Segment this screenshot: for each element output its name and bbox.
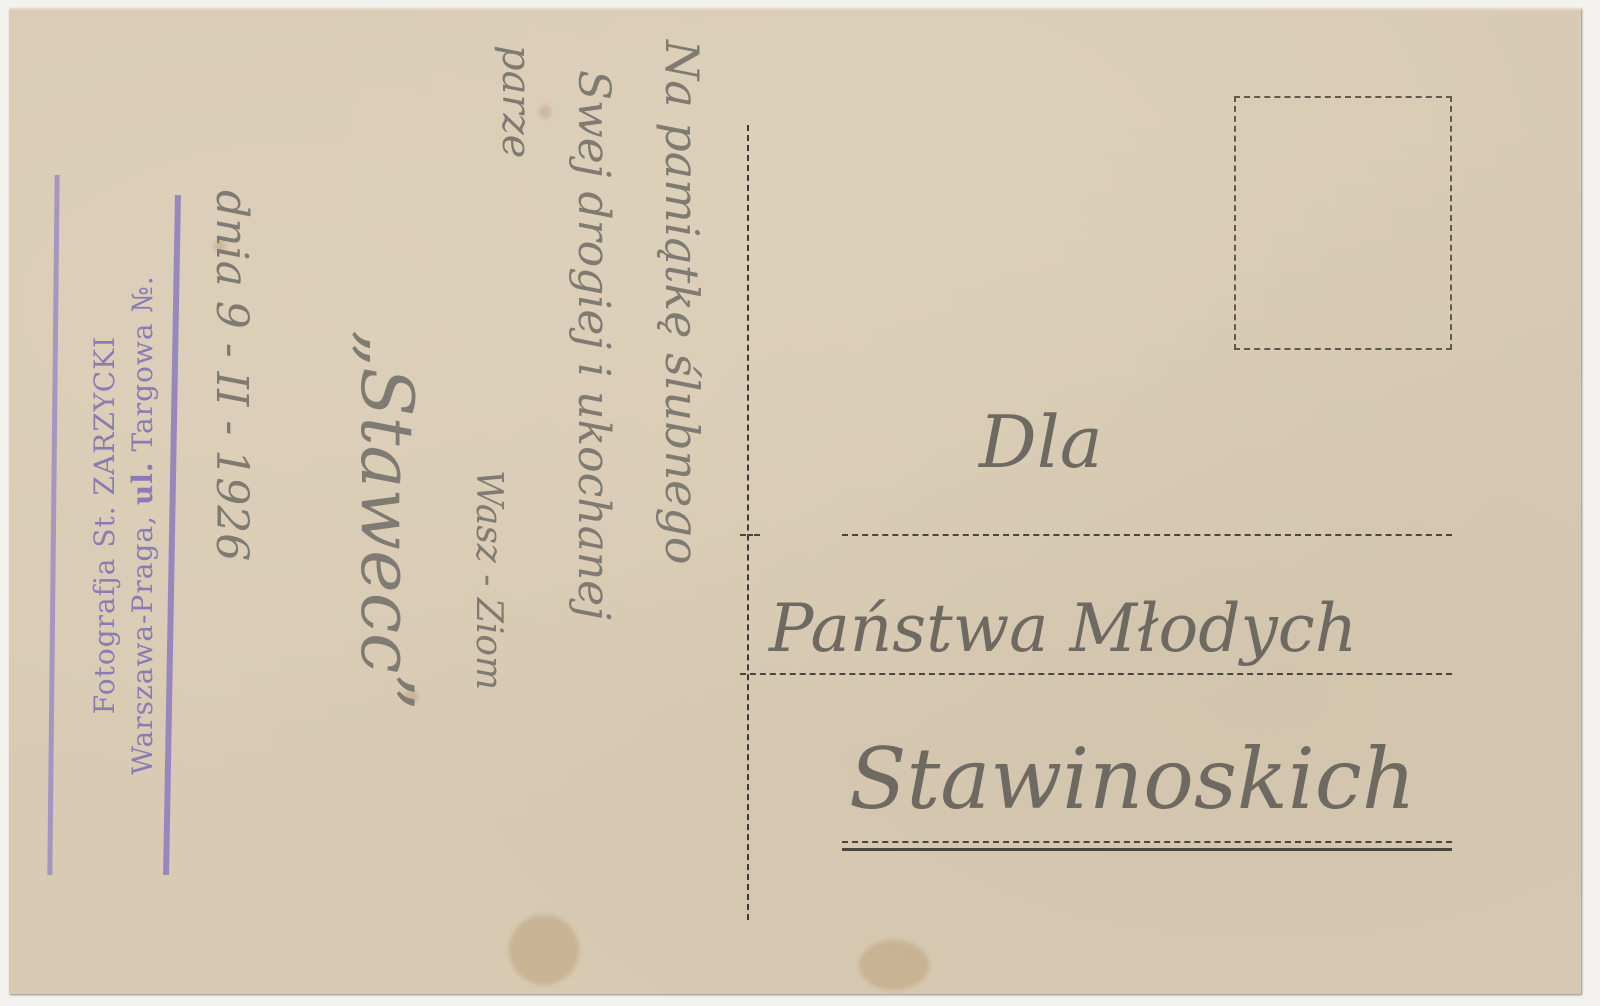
handwritten-date: dnia 9 - II - 1926	[206, 190, 257, 561]
stamp-border-left	[47, 175, 59, 875]
handwritten-line-3: parze	[493, 45, 539, 158]
address-line-1	[842, 534, 1452, 536]
center-divider	[747, 125, 749, 920]
address-line-1-text: Państwa Młodych	[769, 590, 1357, 667]
address-prefix: Dla	[979, 400, 1103, 484]
stamp-line-1: Fotografja St. ZARZYCKI	[86, 175, 124, 875]
handwritten-signature: Wasz - Ziom	[468, 470, 509, 690]
handwritten-line-1: Na pamiątkę ślubnego	[655, 40, 709, 565]
stain	[859, 940, 929, 990]
postage-stamp-box	[1234, 96, 1452, 350]
address-line-2	[740, 673, 1452, 675]
postcard-back: Fotografja St. ZARZYCKI Warszawa-Praga, …	[9, 8, 1581, 994]
stain	[539, 105, 551, 119]
stamp-text: Fotografja St. ZARZYCKI Warszawa-Praga, …	[86, 175, 162, 875]
stamp-line-2: Warszawa-Praga, ul. Targowa №.	[124, 175, 162, 875]
address-line-2-text: Stawinoskich	[849, 730, 1416, 828]
handwritten-greeting: „Stawecc”	[345, 330, 429, 710]
address-line-1	[740, 534, 760, 536]
photographer-stamp: Fotografja St. ZARZYCKI Warszawa-Praga, …	[49, 175, 199, 875]
stamp-border-right	[163, 195, 181, 875]
handwritten-line-2: Swej drogiej i ukochanej	[568, 70, 619, 620]
address-underline	[842, 848, 1452, 851]
stain	[509, 915, 579, 985]
address-line-3	[842, 841, 1452, 843]
